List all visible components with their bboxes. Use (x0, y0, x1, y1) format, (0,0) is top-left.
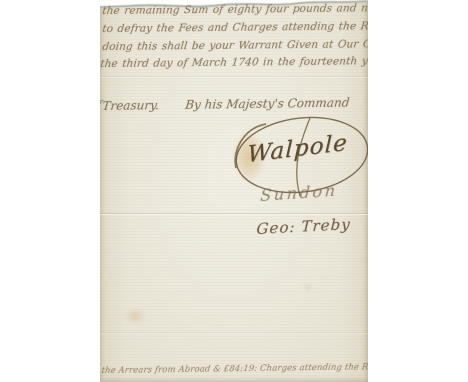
manuscript-line: doing this shall be your Warrant Given a… (102, 38, 368, 53)
docket-line: the Arrears from Abroad & £84:19: Charge… (101, 361, 368, 376)
age-stain (304, 284, 312, 290)
signature-treby: Geo: Treby (256, 215, 351, 238)
fold-crease (100, 76, 368, 79)
age-stain (124, 308, 146, 324)
treasury-label: Treasury. (102, 98, 160, 113)
fold-crease (100, 332, 368, 335)
manuscript-line: to defray the Fees and Charges attending… (102, 19, 368, 35)
manuscript-line: the remaining Sum of eighty four pounds … (102, 2, 368, 17)
manuscript-line: the third day of March 1740 in the fourt… (100, 55, 368, 70)
scan-background: the remaining Sum of eighty four pounds … (0, 0, 468, 382)
document-paper: the remaining Sum of eighty four pounds … (100, 0, 368, 382)
